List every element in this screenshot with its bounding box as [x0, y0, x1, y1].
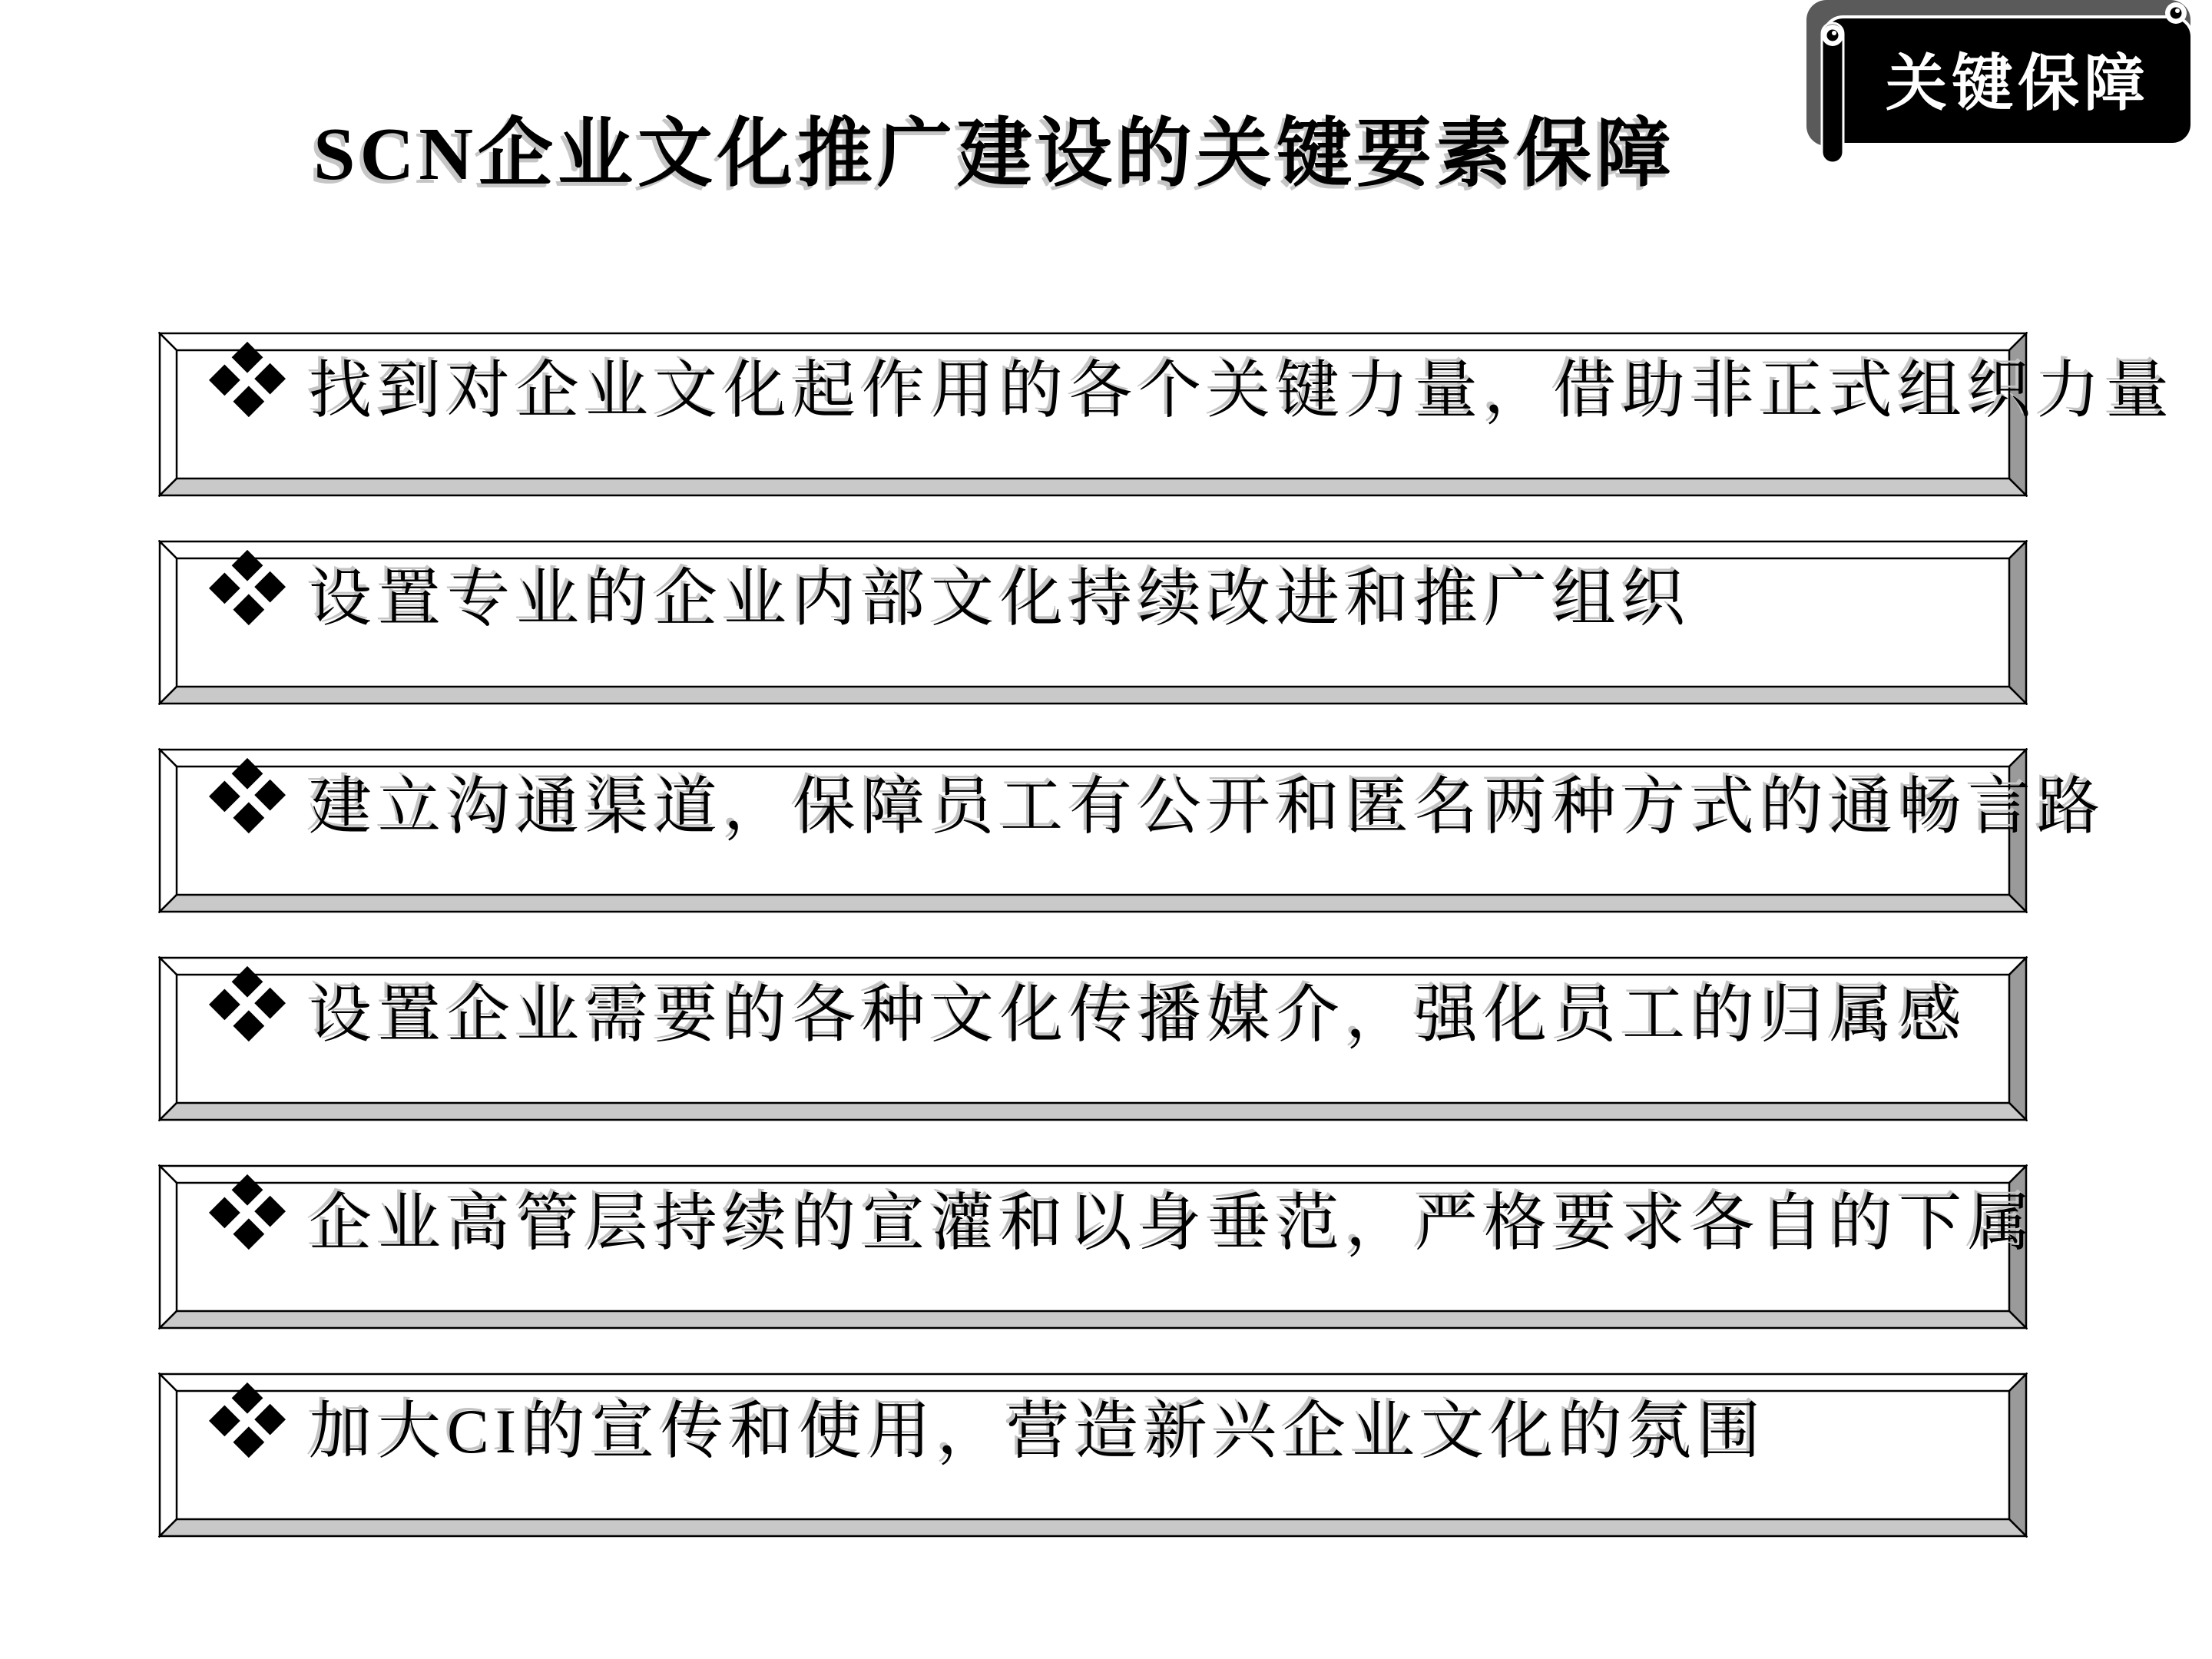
key-point-box: 设置企业需要的各种文化传播媒介，强化员工的归属感 — [158, 956, 2028, 1121]
key-guarantee-banner: 关键保障 — [1805, 0, 2212, 169]
key-point-box: 加大CI的宣传和使用，营造新兴企业文化的氛围 — [158, 1373, 2028, 1538]
key-point-text: 找到对企业文化起作用的各个关键力量，借助非正式组织力量 — [309, 353, 2009, 429]
key-point-text: 企业高管层持续的宣灌和以身垂范，严格要求各自的下属 — [309, 1186, 2009, 1261]
page-title: SCN企业文化推广建设的关键要素保障 — [146, 106, 1843, 204]
four-diamond-bullet-icon — [209, 964, 286, 1044]
key-point-box: 建立沟通渠道，保障员工有公开和匿名两种方式的通畅言路 — [158, 748, 2028, 913]
key-point-box: 设置专业的企业内部文化持续改进和推广组织 — [158, 540, 2028, 705]
bullet-row: 加大CI的宣传和使用，营造新兴企业文化的氛围 — [158, 1391, 2009, 1519]
scroll-curl-left-icon — [1822, 25, 1843, 46]
scroll-curl-right-icon — [2165, 2, 2187, 24]
four-diamond-bullet-icon — [209, 339, 286, 419]
key-point-box: 企业高管层持续的宣灌和以身垂范，严格要求各自的下属 — [158, 1164, 2028, 1330]
four-diamond-bullet-icon — [209, 1380, 286, 1460]
bullet-row: 设置企业需要的各种文化传播媒介，强化员工的归属感 — [158, 975, 2009, 1103]
slide: SCN企业文化推广建设的关键要素保障 关键保障 — [0, 0, 2212, 1659]
bullet-row: 找到对企业文化起作用的各个关键力量，借助非正式组织力量 — [158, 350, 2009, 478]
bullet-row: 企业高管层持续的宣灌和以身垂范，严格要求各自的下属 — [158, 1183, 2009, 1311]
key-point-text: 设置企业需要的各种文化传播媒介，强化员工的归属感 — [309, 978, 2009, 1053]
key-point-text: 设置专业的企业内部文化持续改进和推广组织 — [309, 561, 2009, 637]
four-diamond-bullet-icon — [209, 1172, 286, 1252]
bullet-row: 建立沟通渠道，保障员工有公开和匿名两种方式的通畅言路 — [158, 767, 2009, 895]
key-point-text: 建立沟通渠道，保障员工有公开和匿名两种方式的通畅言路 — [309, 770, 2009, 845]
bullet-row: 设置专业的企业内部文化持续改进和推广组织 — [158, 558, 2009, 687]
four-diamond-bullet-icon — [209, 548, 286, 628]
key-point-box: 找到对企业文化起作用的各个关键力量，借助非正式组织力量 — [158, 332, 2028, 497]
banner-label: 关键保障 — [1886, 51, 2150, 118]
four-diamond-bullet-icon — [209, 756, 286, 836]
key-point-text: 加大CI的宣传和使用，营造新兴企业文化的氛围 — [309, 1394, 2009, 1469]
